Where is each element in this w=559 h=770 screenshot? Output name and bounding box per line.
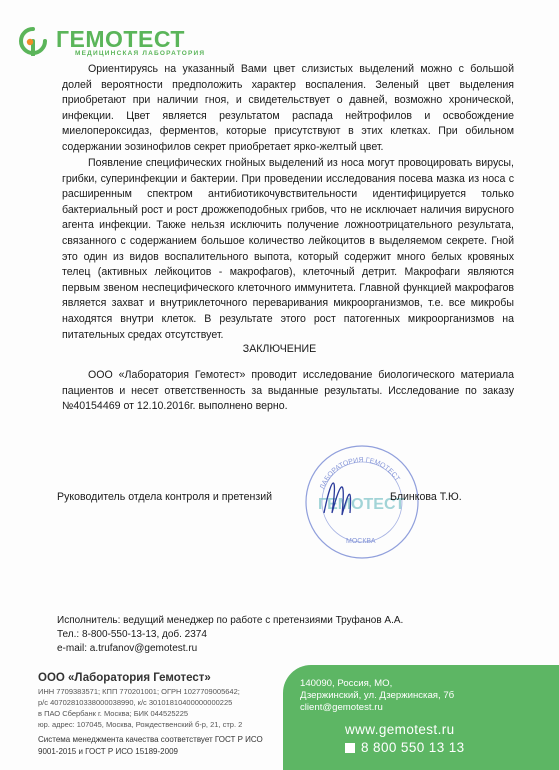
footer-qms: Система менеджмента качества соответству… xyxy=(38,734,263,757)
website-link[interactable]: www.gemotest.ru xyxy=(345,722,455,737)
paragraph-text: Ориентируясь на указанный Вами цвет слиз… xyxy=(62,62,514,156)
address-line: Дзержинский, ул. Дзержинская, 7б xyxy=(300,690,454,702)
logo-title: ГЕМОТЕСТ xyxy=(56,28,185,50)
paragraph-conclusion: ООО «Лаборатория Гемотест» проводит иссл… xyxy=(62,368,514,415)
client-email-link[interactable]: client@gemotest.ru xyxy=(300,702,454,714)
paragraph-text: ООО «Лаборатория Гемотест» проводит иссл… xyxy=(62,368,514,415)
paragraph-discharge-color: Ориентируясь на указанный Вами цвет слиз… xyxy=(62,62,514,156)
footer-bank: в ПАО Сбербанк г. Москва; БИК 044525225 xyxy=(38,708,263,719)
footer-accounts: р/с 40702810338000038990, к/с 3010181040… xyxy=(38,697,263,708)
footer-company-details: ООО «Лаборатория Гемотест» ИНН 770938357… xyxy=(38,672,263,757)
phone-icon xyxy=(345,743,355,753)
signatory-role: Руководитель отдела контроля и претензий xyxy=(57,491,272,503)
conclusion-heading: ЗАКЛЮЧЕНИЕ xyxy=(0,343,559,355)
executor-name: Исполнитель: ведущий менеджер по работе … xyxy=(57,614,403,628)
executor-phone: Тел.: 8-800-550-13-13, доб. 2374 xyxy=(57,628,403,642)
footer-legal-address: юр. адрес: 107045, Москва, Рождественски… xyxy=(38,719,263,730)
footer-contact-panel: 140090, Россия, МО, Дзержинский, ул. Дзе… xyxy=(283,665,559,770)
paragraph-purulent-discharge: Появление специфических гнойных выделени… xyxy=(62,156,514,343)
executor-contacts: Исполнитель: ведущий менеджер по работе … xyxy=(57,614,403,656)
footer-company-name: ООО «Лаборатория Гемотест» xyxy=(38,672,263,684)
qms-line: Система менеджмента качества соответству… xyxy=(38,734,263,746)
footer-tax-ids: ИНН 7709383571; КПП 770201001; ОГРН 1027… xyxy=(38,686,263,697)
hotline-number: 8 800 550 13 13 xyxy=(361,740,465,755)
svg-text:МОСКВА: МОСКВА xyxy=(346,538,376,545)
executor-email[interactable]: e-mail: a.trufanov@gemotest.ru xyxy=(57,642,403,656)
signatory-name: Блинкова Т.Ю. xyxy=(390,491,462,503)
hotline: 8 800 550 13 13 xyxy=(345,740,465,755)
paragraph-text: Появление специфических гнойных выделени… xyxy=(62,156,514,343)
logo-subtitle: МЕДИЦИНСКАЯ ЛАБОРАТОРИЯ xyxy=(75,50,205,58)
footer-address: 140090, Россия, МО, Дзержинский, ул. Дзе… xyxy=(300,678,454,714)
qms-line: 9001-2015 и ГОСТ Р ИСО 15189-2009 xyxy=(38,746,263,758)
logo-icon xyxy=(18,26,48,56)
gemotest-logo: ГЕМОТЕСТ МЕДИЦИНСКАЯ ЛАБОРАТОРИЯ xyxy=(18,26,238,60)
address-line: 140090, Россия, МО, xyxy=(300,678,454,690)
